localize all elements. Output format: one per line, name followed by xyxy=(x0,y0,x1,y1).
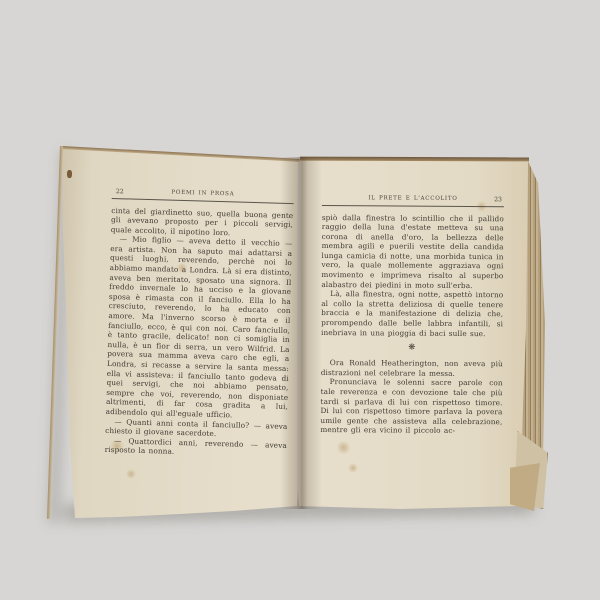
header-rule xyxy=(322,204,504,206)
right-page-top-edge xyxy=(300,157,529,162)
paragraph: Là, alla finestra, ogni notte, aspettò i… xyxy=(321,289,503,338)
paragraph: spiò dalla finestra lo scintillio che il… xyxy=(321,212,504,290)
right-page-text: IL PRETE E L'ACCOLITO 23 spiò dalla fine… xyxy=(320,194,504,436)
right-page-number: 23 xyxy=(494,195,502,205)
age-spot xyxy=(126,469,136,479)
left-page-text: 22 POEMI IN PROSA cinta del giardinetto … xyxy=(105,187,294,460)
cover-notch xyxy=(67,170,72,178)
paragraph: — Mio figlio — aveva detto il vecchio — … xyxy=(106,234,293,421)
open-book: 22 POEMI IN PROSA cinta del giardinetto … xyxy=(58,143,550,525)
left-page-number: 22 xyxy=(116,187,124,197)
right-page-header: IL PRETE E L'ACCOLITO 23 xyxy=(322,194,504,204)
age-spot xyxy=(348,463,358,473)
age-spot xyxy=(336,441,351,454)
book-photo: 22 POEMI IN PROSA cinta del giardinetto … xyxy=(0,0,600,600)
paragraph: Ora Ronald Heatherington, non aveva più … xyxy=(321,358,503,378)
section-break-ornament-icon: ❋ xyxy=(321,342,503,353)
right-running-head: IL PRETE E L'ACCOLITO xyxy=(322,194,504,205)
paragraph: Pronunciava le solenni sacre parole con … xyxy=(320,377,502,436)
